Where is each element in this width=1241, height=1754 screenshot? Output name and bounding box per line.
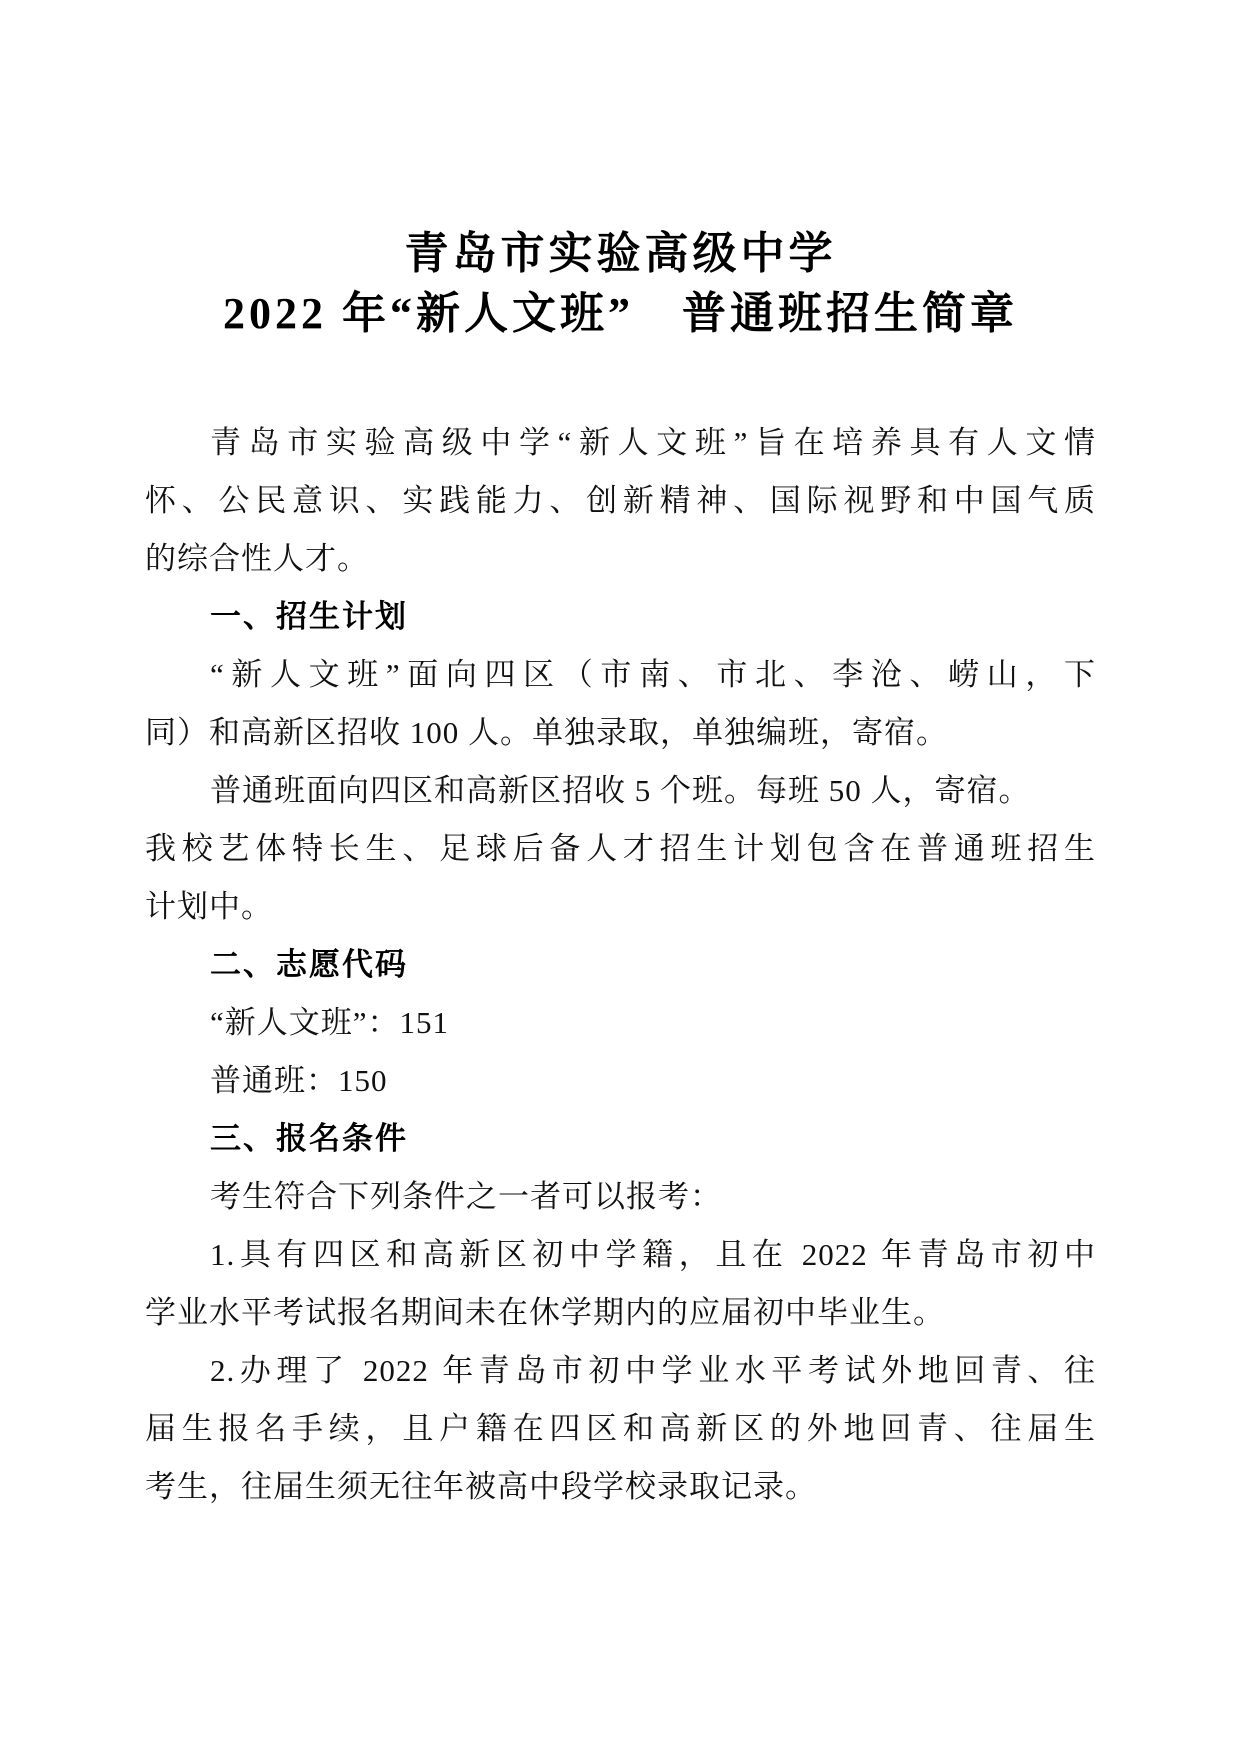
document-title-line-1: 青岛市实验高级中学 [145, 224, 1096, 284]
document-title-line-2: 2022 年“新人文班” 普通班招生简章 [145, 284, 1096, 344]
intro-paragraph-line-3: 的综合性人才。 [145, 530, 1096, 588]
section-heading-codes: 二、志愿代码 [145, 936, 1096, 994]
title-body-spacer [145, 344, 1096, 414]
enrollment-para2-line-3: 计划中。 [145, 878, 1096, 936]
intro-paragraph-line-1: 青岛市实验高级中学“新人文班”旨在培养具有人文情 [145, 414, 1096, 472]
document-page: 青岛市实验高级中学 2022 年“新人文班” 普通班招生简章 青岛市实验高级中学… [0, 0, 1241, 1754]
section-heading-requirements: 三、报名条件 [145, 1110, 1096, 1168]
requirements-item1-line-2: 学业水平考试报名期间未在休学期内的应届初中毕业生。 [145, 1284, 1096, 1342]
requirements-item2-line-1: 2.办理了 2022 年青岛市初中学业水平考试外地回青、往 [145, 1342, 1096, 1400]
intro-paragraph-line-2: 怀、公民意识、实践能力、创新精神、国际视野和中国气质 [145, 472, 1096, 530]
code-line-xinrenwen: “新人文班”：151 [145, 994, 1096, 1052]
document-content: 青岛市实验高级中学 2022 年“新人文班” 普通班招生简章 青岛市实验高级中学… [145, 224, 1096, 1516]
requirements-intro-line: 考生符合下列条件之一者可以报考： [145, 1168, 1096, 1226]
requirements-item2-line-2: 届生报名手续，且户籍在四区和高新区的外地回青、往届生 [145, 1400, 1096, 1458]
requirements-item1-line-1: 1.具有四区和高新区初中学籍，且在 2022 年青岛市初中 [145, 1226, 1096, 1284]
enrollment-para2-line-2: 我校艺体特长生、足球后备人才招生计划包含在普通班招生 [145, 820, 1096, 878]
enrollment-para1-line-1: “新人文班”面向四区（市南、市北、李沧、崂山，下 [145, 646, 1096, 704]
section-heading-enrollment-plan: 一、招生计划 [145, 588, 1096, 646]
code-line-putong: 普通班：150 [145, 1052, 1096, 1110]
enrollment-para2-line-1: 普通班面向四区和高新区招收 5 个班。每班 50 人，寄宿。 [145, 762, 1096, 820]
requirements-item2-line-3: 考生，往届生须无往年被高中段学校录取记录。 [145, 1458, 1096, 1516]
enrollment-para1-line-2: 同）和高新区招收 100 人。单独录取，单独编班，寄宿。 [145, 704, 1096, 762]
